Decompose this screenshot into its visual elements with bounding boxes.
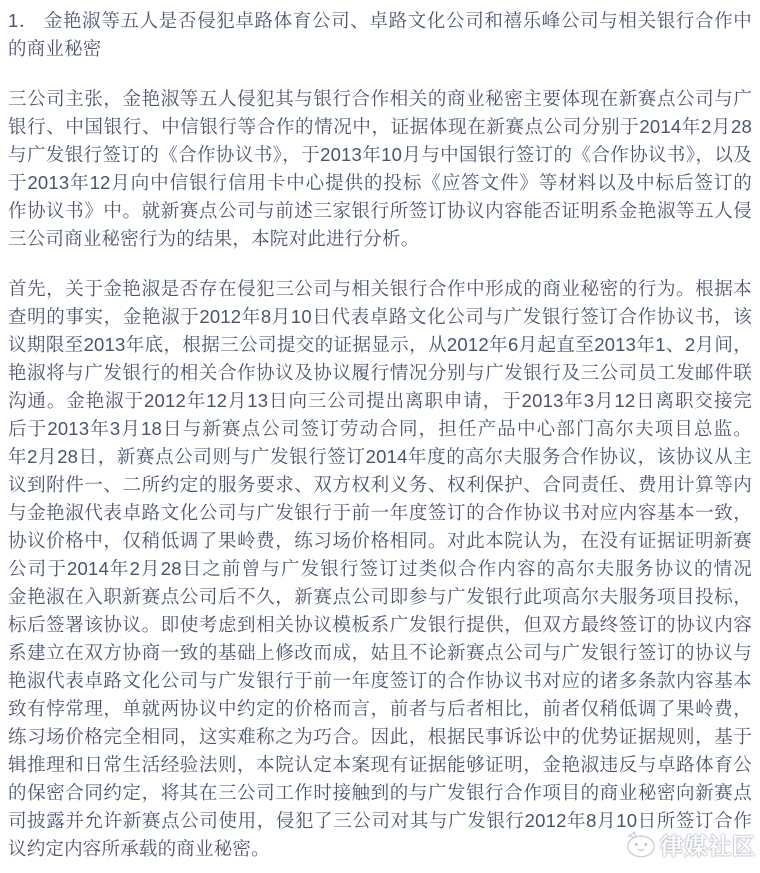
text-line: 查明的事实，金艳淑于2012年8月10日代表卓路文化公司与广发银行签订合作协议书… (8, 303, 752, 331)
text-line: 年2月28日，新赛点公司则与广发银行签订2014年度的高尔夫服务合作协议，该协议… (8, 443, 752, 471)
text-line: 标后签署该协议。即使考虑到相关协议模板系广发银行提供，但双方最终签订的协议内容仍 (8, 611, 752, 639)
text-line: 议到附件一、二所约定的服务要求、双方权利义务、权利保护、合同责任、费用计算等内容 (8, 471, 752, 499)
paragraph-analysis: 首先，关于金艳淑是否存在侵犯三公司与相关银行合作中形成的商业秘密的行为。根据本案… (8, 275, 752, 863)
text-line: 议期限至2013年底，根据三公司提交的证据显示，从2012年6月起直至2013年… (8, 331, 752, 359)
text-line: 首先，关于金艳淑是否存在侵犯三公司与相关银行合作中形成的商业秘密的行为。根据本案 (8, 275, 752, 303)
text-line: 三公司商业秘密行为的结果，本院对此进行分析。 (8, 225, 752, 253)
paragraph-list: 1． 金艳淑等五人是否侵犯卓路体育公司、卓路文化公司和禧乐峰公司与相关银行合作中… (8, 7, 752, 863)
text-line: 的保密合同约定，将其在三公司工作时接触到的与广发银行合作项目的商业秘密向新赛点公 (8, 779, 752, 807)
text-line: 与广发银行签订的《合作协议书》，于2013年10月与中国银行签订的《合作协议书》… (8, 141, 752, 169)
text-line: 金艳淑在入职新赛点公司后不久，新赛点公司即参与广发银行此项高尔夫服务项目投标，中 (8, 583, 752, 611)
text-line: 公司于2014年2月28日之前曾与广发银行签订过类似合作内容的高尔夫服务协议的情… (8, 555, 752, 583)
text-line: 三公司主张，金艳淑等五人侵犯其与银行合作相关的商业秘密主要体现在新赛点公司与广发 (8, 85, 752, 113)
text-line: 艳淑将与广发银行的相关合作协议及协议履行情况分别与广发银行及三公司员工发邮件联系 (8, 359, 752, 387)
text-line: 协议价格中，仅稍低调了果岭费，练习场价格相同。对此本院认为，在没有证据证明新赛点 (8, 527, 752, 555)
text-line: 系建立在双方协商一致的基础上修改而成，姑且不论新赛点公司与广发银行签订的协议与金 (8, 639, 752, 667)
text-line: 作协议书》中。就新赛点公司与前述三家银行所签订协议内容能否证明系金艳淑等五人侵犯 (8, 197, 752, 225)
text-line: 银行、中国银行、中信银行等合作的情况中，证据体现在新赛点公司分别于2014年2月… (8, 113, 752, 141)
section-heading: 1． 金艳淑等五人是否侵犯卓路体育公司、卓路文化公司和禧乐峰公司与相关银行合作中… (8, 7, 752, 63)
text-line: 练习场价格完全相同，这实难称之为巧合。因此，根据民事诉讼中的优势证据规则，基于逻 (8, 723, 752, 751)
text-line: 议约定内容所承载的商业秘密。 (8, 835, 752, 863)
article-body: 1． 金艳淑等五人是否侵犯卓路体育公司、卓路文化公司和禧乐峰公司与相关银行合作中… (0, 0, 760, 863)
text-line: 致有悖常理，单就两协议中约定的价格而言，前者与后者相比，前者仅稍低调了果岭费，而 (8, 695, 752, 723)
article-page: { "page": { "background": "#ffffff", "te… (0, 0, 760, 873)
text-line: 于2013年12月向中信银行信用卡中心提供的投标《应答文件》等材料以及中标后签订… (8, 169, 752, 197)
text-line: 1． 金艳淑等五人是否侵犯卓路体育公司、卓路文化公司和禧乐峰公司与相关银行合作中… (8, 7, 752, 35)
text-line: 的商业秘密 (8, 35, 752, 63)
paragraph-claims: 三公司主张，金艳淑等五人侵犯其与银行合作相关的商业秘密主要体现在新赛点公司与广发… (8, 85, 752, 253)
text-line: 后于2013年3月18日与新赛点公司签订劳动合同，担任产品中心部门高尔夫项目总监… (8, 415, 752, 443)
text-line: 艳淑代表卓路文化公司与广发银行于前一年度签订的合作协议书对应的诸多条款内容基本一 (8, 667, 752, 695)
text-line: 司披露并允许新赛点公司使用，侵犯了三公司对其与广发银行2012年8月10日所签订… (8, 807, 752, 835)
text-line: 辑推理和日常生活经验法则，本院认定本案现有证据能够证明，金艳淑违反与卓路体育公司 (8, 751, 752, 779)
text-line: 与金艳淑代表卓路文化公司与广发银行于前一年度签订的合作协议书对应内容基本一致，且 (8, 499, 752, 527)
text-line: 沟通。金艳淑于2012年12月13日向三公司提出离职申请，于2013年3月12日… (8, 387, 752, 415)
